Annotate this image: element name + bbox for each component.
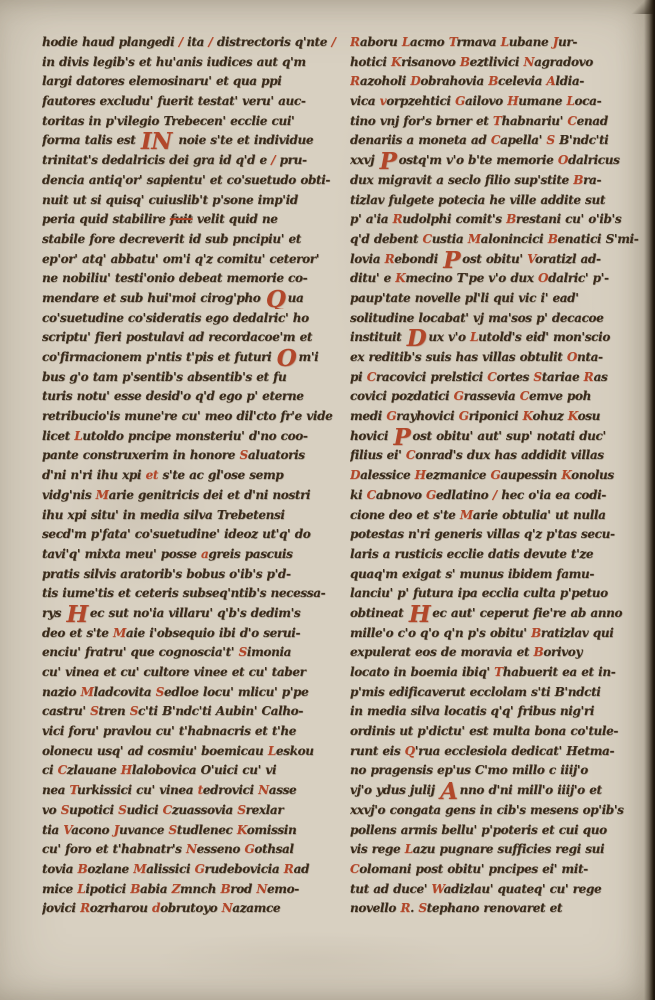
text-segment: W: [432, 882, 444, 896]
text-line: denariis a moneta ad Capella' S B'ndc'ti: [350, 131, 648, 151]
text-segment: trinitat's dedalricis dei gra id q'd e: [42, 153, 271, 167]
text-column-right: Raboru Lacmo Trmava Lubane Jur-hotici Kr…: [350, 33, 648, 919]
text-segment: ozlane: [87, 862, 133, 876]
text-segment: tavi'q' mixta meu' posse: [42, 547, 201, 561]
text-segment: urkissici cu' vinea: [77, 783, 198, 797]
text-segment: xxvj: [350, 153, 379, 167]
text-segment: G: [426, 488, 436, 502]
text-segment: obrahovia: [420, 74, 488, 88]
text-segment: K: [237, 823, 247, 837]
text-segment: tino vnj for's brner et: [350, 114, 493, 128]
text-segment: R: [385, 252, 395, 266]
text-segment: edlatino: [436, 488, 493, 502]
text-line: in divis legib's et hu'anis iudices aut …: [42, 53, 340, 73]
text-line: expulerat eos de moravia et Borivoy: [350, 643, 648, 663]
text-segment: hotici: [350, 55, 391, 69]
text-line: enciu' fratru' que cognoscia't' Simonia: [42, 643, 340, 663]
text-segment: mille'o c'o q'o q'n p's obitu': [350, 626, 531, 640]
text-segment: imonia: [247, 645, 291, 659]
text-line: vica vorpzehtici Gailovo Humane Loca-: [350, 92, 648, 112]
text-line: tavi'q' mixta meu' posse agreis pascuis: [42, 545, 340, 565]
text-segment: vica: [350, 94, 380, 108]
text-segment: distrectoris q'nte: [217, 35, 327, 49]
text-segment: habnariu': [501, 114, 567, 128]
text-segment: aupessin: [500, 468, 561, 482]
text-segment: C: [163, 803, 172, 817]
text-segment: G: [455, 94, 465, 108]
text-segment: D: [410, 74, 420, 88]
text-line: pi Cracovici prelstici Cortes Stariae Ra…: [350, 368, 648, 388]
text-segment: pi: [350, 370, 367, 384]
text-segment: cu' vinea et cu' cultore vinee et cu' ta…: [42, 665, 306, 679]
text-segment: in media silva locatis q'q' fribus nig'r…: [350, 704, 594, 718]
text-segment: alissici: [146, 862, 194, 876]
text-segment: d: [152, 901, 160, 915]
text-line: obtineat Hec aut' ceperut fie're ab anno: [350, 604, 648, 624]
text-segment: K: [561, 468, 571, 482]
parchment-stain: [150, 930, 470, 990]
text-segment: ladcovita: [94, 685, 156, 699]
text-segment: q'd debent: [350, 232, 422, 246]
text-segment: zuassovia: [172, 803, 237, 817]
text-line: paup'tate novelle pl'li qui vic i' ead': [350, 289, 648, 309]
text-segment: ditu' e: [350, 271, 395, 285]
text-segment: N: [256, 882, 267, 896]
text-segment: tut ad duce': [350, 882, 432, 896]
text-line: cione deo et s'te Marie obtulia' ut null…: [350, 506, 648, 526]
text-segment: K: [523, 409, 533, 423]
text-line: vj'o ydus julij Anno d'ni mill'o iiij'o …: [350, 781, 648, 801]
text-line: Dalessice Hezmanice Gaupessin Konolus: [350, 466, 648, 486]
text-line: runt eis Q'rua ecclesiola dedicat' Hetma…: [350, 742, 648, 762]
text-segment: mnch: [180, 882, 220, 896]
text-segment: C: [406, 448, 415, 462]
text-segment: castru': [42, 704, 90, 718]
text-segment: T: [70, 783, 77, 797]
text-segment: vj'o ydus julij: [350, 783, 439, 797]
text-line: potestas n'ri generis villas q'z p'tas s…: [350, 525, 648, 545]
text-segment: bus g'o tam p'sentib's absentib's et fu: [42, 370, 286, 384]
text-segment: K: [568, 409, 578, 423]
text-segment: agradovo: [534, 55, 593, 69]
text-line: mille'o c'o q'o q'n p's obitu' Bratizlav…: [350, 624, 648, 644]
text-segment: B: [220, 882, 230, 896]
text-line: stabile fore decreverit id sub pncipiu' …: [42, 230, 340, 250]
manuscript-page: hodie haud plangedi / ita / distrectoris…: [0, 0, 655, 1000]
text-segment: umane: [518, 94, 566, 108]
text-segment: M: [133, 862, 146, 876]
text-segment: uvance: [119, 823, 168, 837]
text-line: q'd debent Custia Malonincici Benatici S…: [350, 230, 648, 250]
text-line: xxvj'o congata gens in cib's mesens op'i…: [350, 801, 648, 821]
text-line: no pragensis ep'us C'mo millo c iiij'o: [350, 761, 648, 781]
text-segment: oca-: [575, 94, 602, 108]
text-segment: rexlar: [246, 803, 284, 817]
text-line: instituit Dux v'o Lutold's eid' mon'scio: [350, 328, 648, 348]
text-segment: R: [400, 901, 410, 915]
text-segment: S: [61, 803, 69, 817]
text-segment: medi: [350, 409, 386, 423]
text-segment: C: [491, 133, 500, 147]
text-segment: H: [121, 763, 132, 777]
text-segment: denariis a moneta ad: [350, 133, 491, 147]
text-segment: aboru: [360, 35, 402, 49]
text-line: novello R. Stephano renovaret et: [350, 899, 648, 919]
text-segment: B: [506, 212, 516, 226]
text-segment: tovia: [42, 862, 78, 876]
text-line: locato in boemia ibiq' Thabuerit ea et i…: [350, 663, 648, 683]
text-segment: K: [391, 55, 401, 69]
text-segment: ratizlav qui: [541, 626, 614, 640]
text-line: quaq'm exigat s' munus ibidem famu-: [350, 565, 648, 585]
text-segment: aie i'obsequio ibi d'o serui-: [126, 626, 300, 640]
text-segment: C: [367, 370, 376, 384]
text-line: mice Lipotici Babia Zmnch Brod Nemo-: [42, 880, 340, 900]
text-segment: B: [531, 626, 541, 640]
text-line: tis iume'tis et ceteris subseq'ntib's ne…: [42, 584, 340, 604]
text-line: dux migravit a seclo filio sup'stite Bra…: [350, 171, 648, 191]
text-segment: novello: [350, 901, 400, 915]
text-segment: oratizl ad-: [535, 252, 601, 266]
rubricated-initial: H: [409, 604, 430, 624]
text-segment: toritas in p'vilegio Trebecen' ecclie cu…: [42, 114, 294, 128]
text-segment: scriptu' fieri postulavi ad recordacoe'm…: [42, 330, 312, 344]
text-segment: osu: [578, 409, 600, 423]
text-line: lovia Rebondi Post obitu' Voratizl ad-: [350, 250, 648, 270]
text-segment: O: [567, 350, 577, 364]
text-segment: 'rua ecclesiola dedicat' Hetma-: [415, 744, 614, 758]
text-line: lanciu' p' futura ipa ecclia culta p'pet…: [350, 584, 648, 604]
text-segment: B: [78, 862, 88, 876]
text-segment: d'ni n'ri ihu xpi: [42, 468, 146, 482]
text-line: tino vnj for's brner et Thabnariu' Cenad: [350, 112, 648, 132]
text-segment: nno d'ni mill'o iiij'o et: [460, 783, 602, 797]
text-segment: udici: [126, 803, 162, 817]
text-segment: abia: [140, 882, 172, 896]
text-segment: utoldo pncipe monsteriu' d'no coo-: [82, 429, 307, 443]
text-segment: retribucio'is mune're cu' meo dil'cto fr…: [42, 409, 332, 423]
text-segment: M: [113, 626, 126, 640]
text-segment: ki: [350, 488, 367, 502]
text-segment: nta-: [577, 350, 603, 364]
text-segment: zlauane: [67, 763, 121, 777]
text-segment: C: [350, 862, 359, 876]
text-segment: secd'm p'fata' co'suetudine' ideoz ut'q'…: [42, 527, 310, 541]
text-segment: B: [130, 882, 140, 896]
text-segment: /: [327, 35, 335, 49]
text-line: turis notu' esse desid'o q'd ego p' eter…: [42, 387, 340, 407]
text-segment: ci: [42, 763, 58, 777]
text-segment: ur-: [558, 35, 577, 49]
text-segment: jovici: [42, 901, 80, 915]
text-segment: S: [156, 685, 164, 699]
text-segment: ec aut' ceperut fie're ab anno: [432, 606, 622, 620]
text-segment: forma talis est: [42, 133, 140, 147]
text-segment: p' a'ia: [350, 212, 393, 226]
text-segment: lanciu' p' futura ipa ecclia culta p'pet…: [350, 586, 608, 600]
text-segment: ortes: [496, 370, 533, 384]
text-line: pratis silvis aratorib's bobus o'ib's p'…: [42, 565, 340, 585]
text-segment: potestas n'ri generis villas q'z p'tas s…: [350, 527, 615, 541]
text-segment: risanovo: [401, 55, 460, 69]
text-segment: orivoy: [543, 645, 582, 659]
text-segment: rod: [230, 882, 256, 896]
text-line: ditu' e Kmecino T'pe v'o dux Odalric' p'…: [350, 269, 648, 289]
text-segment: G: [454, 389, 464, 403]
text-segment: cu' foro et t'habnatr's: [42, 842, 186, 856]
text-segment: ldia-: [555, 74, 584, 88]
text-segment: lovia: [350, 252, 385, 266]
text-line: solitudine locabat' vj ma'sos p' decacoe: [350, 309, 648, 329]
text-line: forma talis est IN noie s'te et individu…: [42, 131, 340, 151]
text-segment: pollens armis bellu' p'poteris et cui qu…: [350, 823, 607, 837]
text-line: olonecu usq' ad cosmiu' boemicau Leskou: [42, 742, 340, 762]
text-segment: ailovo: [465, 94, 507, 108]
text-segment: K: [395, 271, 405, 285]
text-segment: S: [239, 448, 247, 462]
text-segment: ostq'm v'o b'te memorie: [399, 153, 558, 167]
text-segment: et: [146, 468, 158, 482]
text-segment: apella': [500, 133, 546, 147]
rubricated-initial: P: [443, 250, 460, 270]
text-segment: vici foru' pravlou cu' t'habnacris et t'…: [42, 724, 296, 738]
text-segment: D: [350, 468, 360, 482]
text-line: castru' Stren Sc'ti B'ndc'ti Aubin' Calh…: [42, 702, 340, 722]
text-segment: dux migravit a seclo filio sup'stite: [350, 173, 573, 187]
text-segment: habuerit ea et in-: [503, 665, 616, 679]
text-segment: azamce: [232, 901, 280, 915]
text-segment: ost obitu' aut' sup' notati duc': [412, 429, 605, 443]
text-segment: in divis legib's et hu'anis iudices aut …: [42, 55, 306, 69]
text-segment: G: [244, 842, 254, 856]
text-segment: onrad's dux has addidit villas: [415, 448, 604, 462]
text-segment: G: [386, 409, 396, 423]
text-segment: Q: [405, 744, 415, 758]
rubricated-initial: D: [407, 328, 427, 348]
rubricated-initial: H: [66, 604, 87, 624]
text-segment: R: [350, 74, 360, 88]
text-segment: abnovo: [376, 488, 426, 502]
text-line: toritas in p'vilegio Trebecen' ecclie cu…: [42, 112, 340, 132]
text-segment: edloe locu' mlicu' p'pe: [164, 685, 308, 699]
text-segment: instituit: [350, 330, 406, 344]
text-line: xxvj Postq'm v'o b'te memorie Odalricus: [350, 151, 648, 171]
text-segment: noie s'te et individue: [174, 133, 313, 147]
text-line: dencia antiq'or' sapientu' et co'suetudo…: [42, 171, 340, 191]
text-segment: olomani post obitu' pncipes ei' mit-: [359, 862, 588, 876]
text-segment: G: [195, 862, 205, 876]
text-segment: alessice: [360, 468, 415, 482]
text-segment: peria quid stabilire: [42, 212, 170, 226]
text-segment: ezmanice: [426, 468, 491, 482]
text-line: p' a'ia Rudolphi comit's Brestani cu' o'…: [350, 210, 648, 230]
text-segment: hec o'ia ea codi-: [501, 488, 606, 502]
text-line: vici foru' pravlou cu' t'habnacris et t'…: [42, 722, 340, 742]
text-segment: filius ei': [350, 448, 406, 462]
text-segment: ost obitu': [462, 252, 527, 266]
text-segment: enad: [577, 114, 608, 128]
text-line: in media silva locatis q'q' fribus nig'r…: [350, 702, 648, 722]
text-segment: stabile fore decreverit id sub pncipiu' …: [42, 232, 301, 246]
text-segment: ordinis ut p'dictu' est multa bona co'tu…: [350, 724, 618, 738]
text-line: pollens armis bellu' p'poteris et cui qu…: [350, 821, 648, 841]
text-segment: runt eis: [350, 744, 405, 758]
text-segment: H: [415, 468, 426, 482]
text-segment: dencia antiq'or' sapientu' et co'suetudo…: [42, 173, 330, 187]
text-segment: p'mis edificaverut ecclolam s'ti B'ndcti: [350, 685, 600, 699]
text-segment: S: [130, 704, 138, 718]
text-segment: ep'or' atq' abbatu' om'i q'z comitu' cet…: [42, 252, 319, 266]
text-segment: nea: [42, 783, 70, 797]
text-segment: ozrharou: [90, 901, 152, 915]
text-segment: C: [58, 763, 67, 777]
text-line: co'suetudine co'sideratis ego dedalric' …: [42, 309, 340, 329]
text-line: largi datores elemosinaru' et qua ppi: [42, 72, 340, 92]
text-segment: R: [584, 370, 594, 384]
text-segment: greis pascuis: [208, 547, 292, 561]
text-segment: c'ti B'ndc'ti Aubin' Calho-: [138, 704, 303, 718]
text-segment: aluatoris: [248, 448, 305, 462]
text-line: deo et s'te Maie i'obsequio ibi d'o seru…: [42, 624, 340, 644]
text-segment: azoholi: [360, 74, 410, 88]
text-segment: tren: [98, 704, 129, 718]
text-segment: Z: [172, 882, 180, 896]
text-segment: udolphi comit's: [402, 212, 506, 226]
text-segment: tis iume'tis et ceteris subseq'ntib's ne…: [42, 586, 325, 600]
rubricated-initial: P: [393, 427, 410, 447]
text-segment: racovici prelstici: [376, 370, 487, 384]
text-segment: mendare et sub hui'moi cirog'pho: [42, 291, 265, 305]
text-line: ki Cabnovo Gedlatino / hec o'ia ea codi-: [350, 486, 648, 506]
text-segment: turis notu' esse desid'o q'd ego p' eter…: [42, 389, 304, 403]
text-segment: emve poh: [529, 389, 591, 403]
text-segment: L: [566, 94, 574, 108]
text-line: peria quid stabilire fuit velit quid ne: [42, 210, 340, 230]
text-segment: xxvj'o congata gens in cib's mesens op'i…: [350, 803, 624, 817]
text-segment: pratis silvis aratorib's bobus o'ib's p'…: [42, 567, 291, 581]
text-segment: S: [168, 823, 176, 837]
text-segment: R: [284, 862, 294, 876]
text-segment: obtineat: [350, 606, 408, 620]
text-line: ci Czlauane Hlalobovica O'uici cu' vi: [42, 761, 340, 781]
text-segment: dalric' p'-: [548, 271, 609, 285]
text-line: d'ni n'ri ihu xpi et s'te ac gl'ose semp: [42, 466, 340, 486]
text-line: nea Turkissici cu' vinea tedrovici Nasse: [42, 781, 340, 801]
text-segment: mecino T'pe v'o dux: [405, 271, 538, 285]
text-segment: expulerat eos de moravia et: [350, 645, 534, 659]
text-line: p'mis edificaverut ecclolam s'ti B'ndcti: [350, 683, 648, 703]
text-segment: enciu' fratru' que cognoscia't': [42, 645, 239, 659]
text-segment: pru-: [275, 153, 306, 167]
text-segment: lalobovica O'uici cu' vi: [132, 763, 276, 777]
text-segment: G: [459, 409, 469, 423]
text-line: covici pozdatici Grassevia Cemve poh: [350, 387, 648, 407]
text-segment: M: [468, 232, 481, 246]
text-segment: vis rege: [350, 842, 405, 856]
text-segment: eskou: [276, 744, 314, 758]
text-line: ne nobiliu' testi'onio debeat memorie co…: [42, 269, 340, 289]
text-segment: ex reditib's suis has villas obtulit: [350, 350, 567, 364]
text-line: cu' vinea et cu' cultore vinee et cu' ta…: [42, 663, 340, 683]
text-line: hotici Krisanovo Beztlivici Nagradovo: [350, 53, 648, 73]
text-segment: solitudine locabat' vj ma'sos p' decacoe: [350, 311, 603, 325]
text-segment: utold's eid' mon'scio: [478, 330, 610, 344]
text-segment: quaq'm exigat s' munus ibidem famu-: [350, 567, 594, 581]
text-segment: velit quid ne: [192, 212, 277, 226]
text-segment: as: [594, 370, 608, 384]
rubricated-initial: O: [277, 348, 297, 368]
text-segment: C: [567, 114, 576, 128]
text-segment: alonincici: [481, 232, 548, 246]
text-segment: G: [490, 468, 500, 482]
text-segment: nazio: [42, 685, 81, 699]
text-line: Colomani post obitu' pncipes ei' mit-: [350, 860, 648, 880]
text-segment: B: [460, 55, 470, 69]
text-segment: C: [367, 488, 376, 502]
text-segment: O: [558, 153, 568, 167]
text-segment: N: [523, 55, 534, 69]
text-line: pante construxerim in honore Saluatoris: [42, 446, 340, 466]
text-line: Raboru Lacmo Trmava Lubane Jur-: [350, 33, 648, 53]
text-segment: H: [507, 94, 518, 108]
rubricated-initial: P: [380, 151, 397, 171]
text-line: hovici Post obitu' aut' sup' notati duc': [350, 427, 648, 447]
page-edge: [644, 0, 655, 1000]
text-segment: rudebovicia: [205, 862, 284, 876]
text-segment: edrovici: [203, 783, 258, 797]
text-segment: T: [494, 665, 503, 679]
text-segment: tariae: [542, 370, 584, 384]
text-segment: upotici: [69, 803, 118, 817]
text-segment: N: [222, 901, 233, 915]
text-line: bus g'o tam p'sentib's absentib's et fu: [42, 368, 340, 388]
text-segment: deo et s'te: [42, 626, 113, 640]
text-segment: L: [501, 35, 509, 49]
text-segment: hovici: [350, 429, 392, 443]
text-segment: celevia: [498, 74, 546, 88]
text-segment: emo-: [267, 882, 299, 896]
text-segment: azu pugnare sufficies regi sui: [413, 842, 604, 856]
text-segment: mice: [42, 882, 77, 896]
text-segment: pante construxerim in honore: [42, 448, 239, 462]
text-line: fautores excludu' fuerit testat' veru' a…: [42, 92, 340, 112]
text-segment: B: [534, 645, 544, 659]
text-segment: onolus: [571, 468, 614, 482]
text-segment: cione deo et s'te: [350, 508, 460, 522]
text-line: jovici Rozrharou dobrutoyo Nazamce: [42, 899, 340, 919]
text-segment: ihu xpi situ' in media silva Trebetensi: [42, 508, 285, 522]
text-segment: m'i: [298, 350, 318, 364]
text-segment: no pragensis ep'us C'mo millo c iiij'o: [350, 763, 588, 777]
text-segment: /: [493, 488, 501, 502]
text-segment: rys: [42, 606, 65, 620]
text-segment: M: [460, 508, 473, 522]
text-segment: obrutoyo: [160, 901, 222, 915]
text-segment: ra-: [583, 173, 601, 187]
text-segment: V: [63, 823, 71, 837]
text-segment: B: [573, 173, 583, 187]
text-segment: R: [80, 901, 90, 915]
text-segment: ohuz: [533, 409, 568, 423]
text-segment: N: [186, 842, 197, 856]
text-line: tut ad duce' Wadizlau' quateq' cu' rege: [350, 880, 648, 900]
text-segment: R: [393, 212, 403, 226]
text-segment: largi datores elemosinaru' et qua ppi: [42, 74, 281, 88]
text-line: tovia Bozlane Malissici Grudebovicia Rad: [42, 860, 340, 880]
text-segment: asse: [269, 783, 297, 797]
text-segment: /: [174, 35, 187, 49]
text-segment: C: [422, 232, 431, 246]
